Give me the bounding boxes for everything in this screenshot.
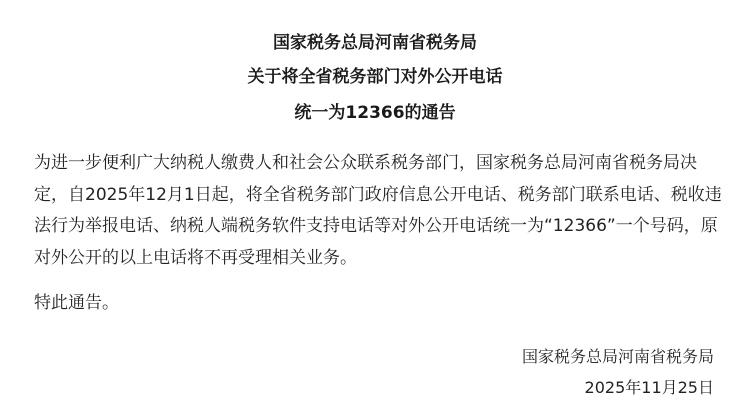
notice-title-line-1: 国家税务总局河南省税务局 [0,28,750,53]
notice-closing: 特此通告。 [34,288,119,313]
notice-title-line-3: 统一为12366的通告 [0,98,750,123]
signature-date: 2025年11月25日 [585,375,714,398]
notice-body: 为进一步便利广大纳税人缴费人和社会公众联系税务部门，国家税务总局河南省税务局决定… [34,148,724,274]
notice-title-line-2: 关于将全省税务部门对外公开电话 [0,62,750,87]
signature-organization: 国家税务总局河南省税务局 [522,344,714,367]
